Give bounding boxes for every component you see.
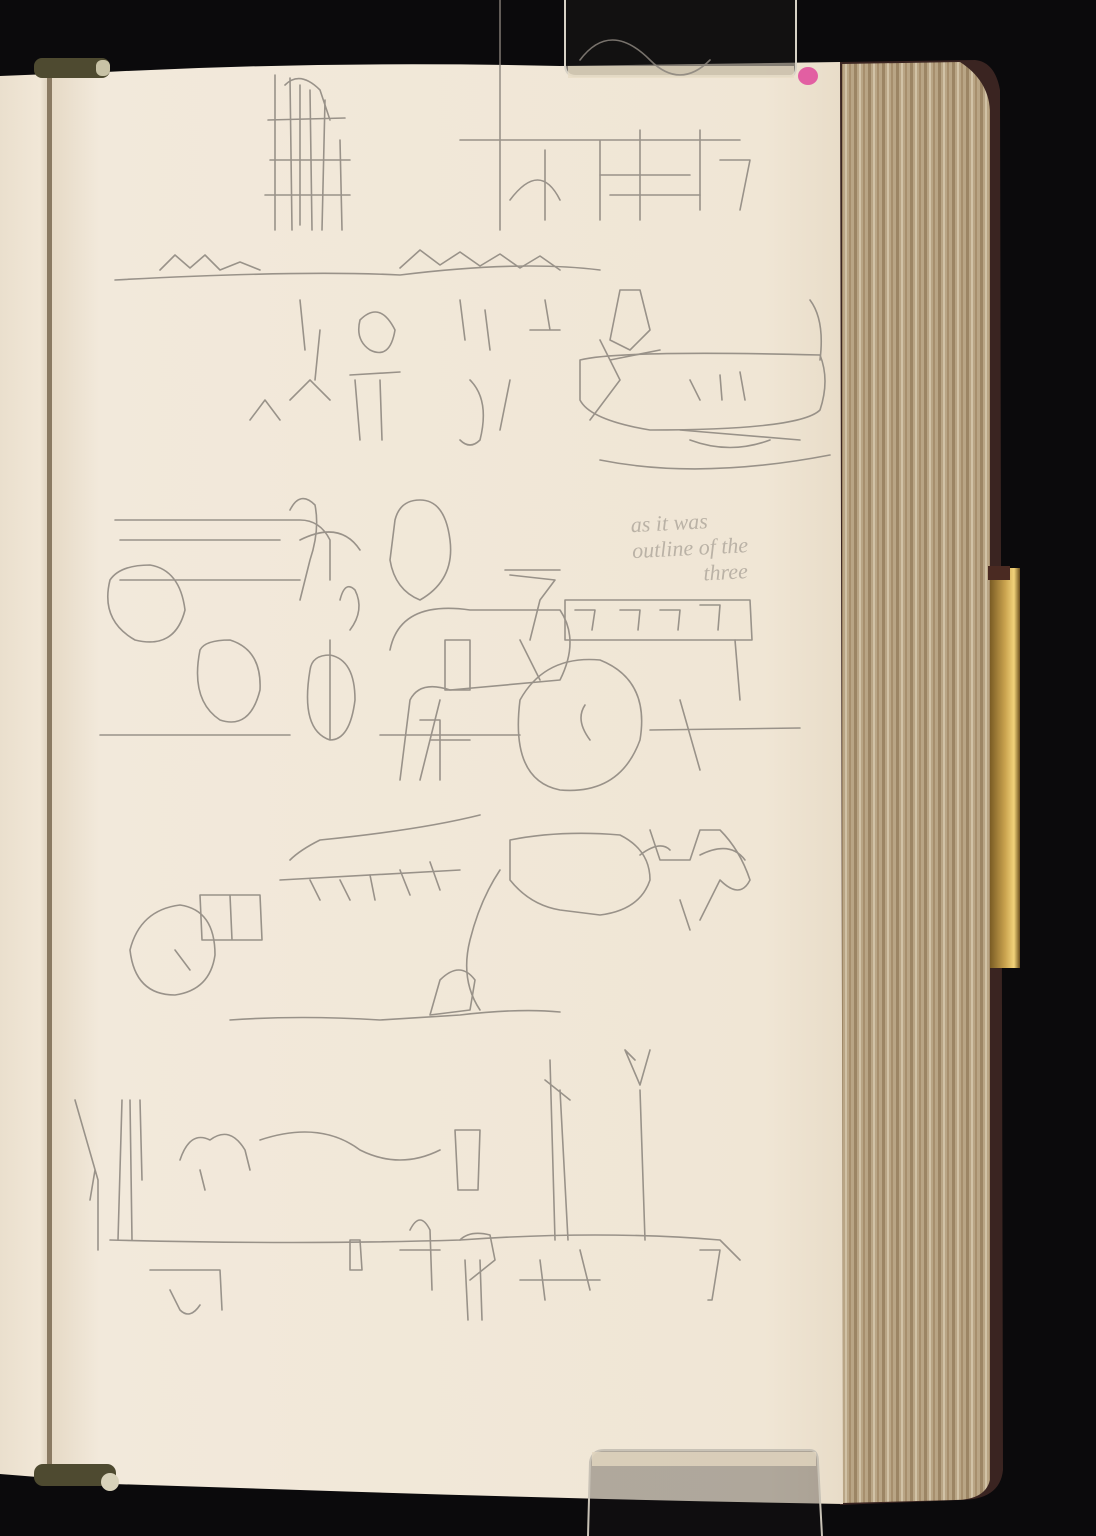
- handwritten-note: as it was outline of the three: [630, 504, 794, 590]
- sketchbook-photo: as it was outline of the three: [0, 0, 1096, 1536]
